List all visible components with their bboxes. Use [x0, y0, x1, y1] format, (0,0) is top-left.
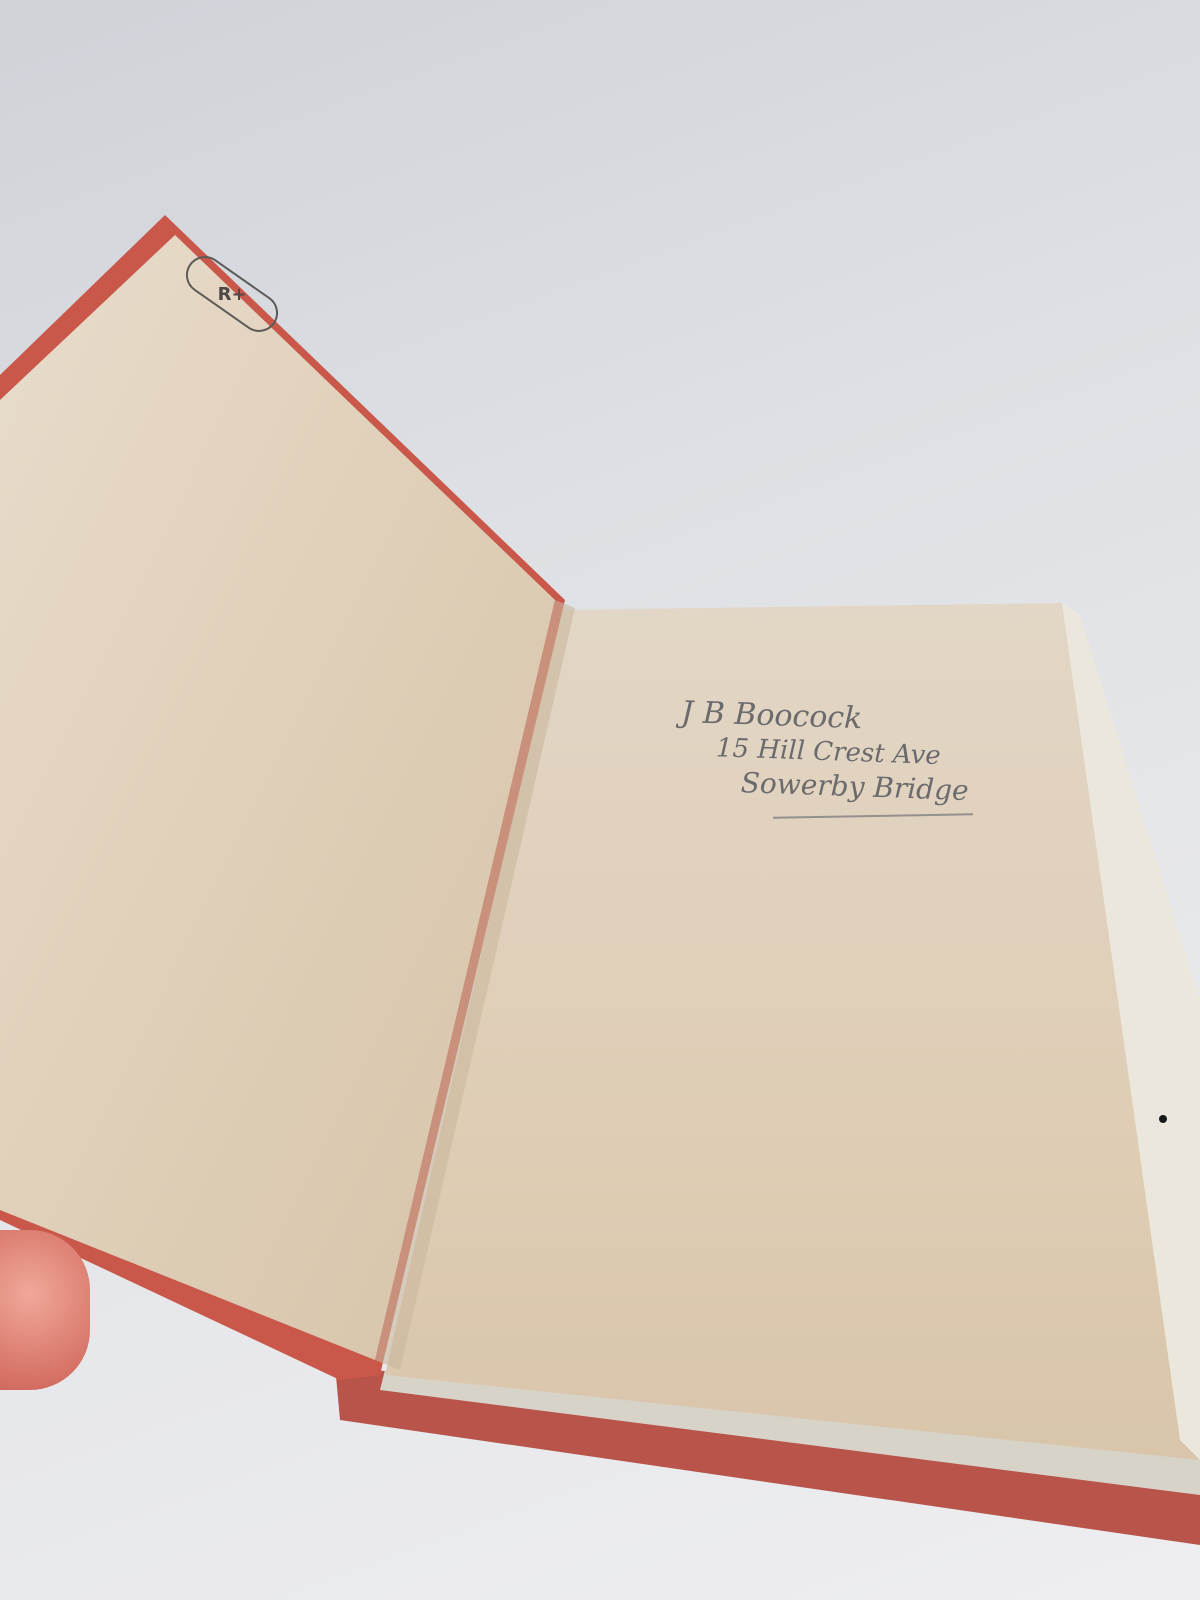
book-illustration [0, 0, 1200, 1600]
ownership-inscription: J B Boocock 15 Hill Crest Ave Sowerby Br… [678, 695, 971, 807]
hand [0, 1230, 90, 1390]
ink-dot [1159, 1115, 1167, 1123]
photo-scene: R+ J B Boocock 15 Hill Crest Ave Sowerby… [0, 0, 1200, 1600]
